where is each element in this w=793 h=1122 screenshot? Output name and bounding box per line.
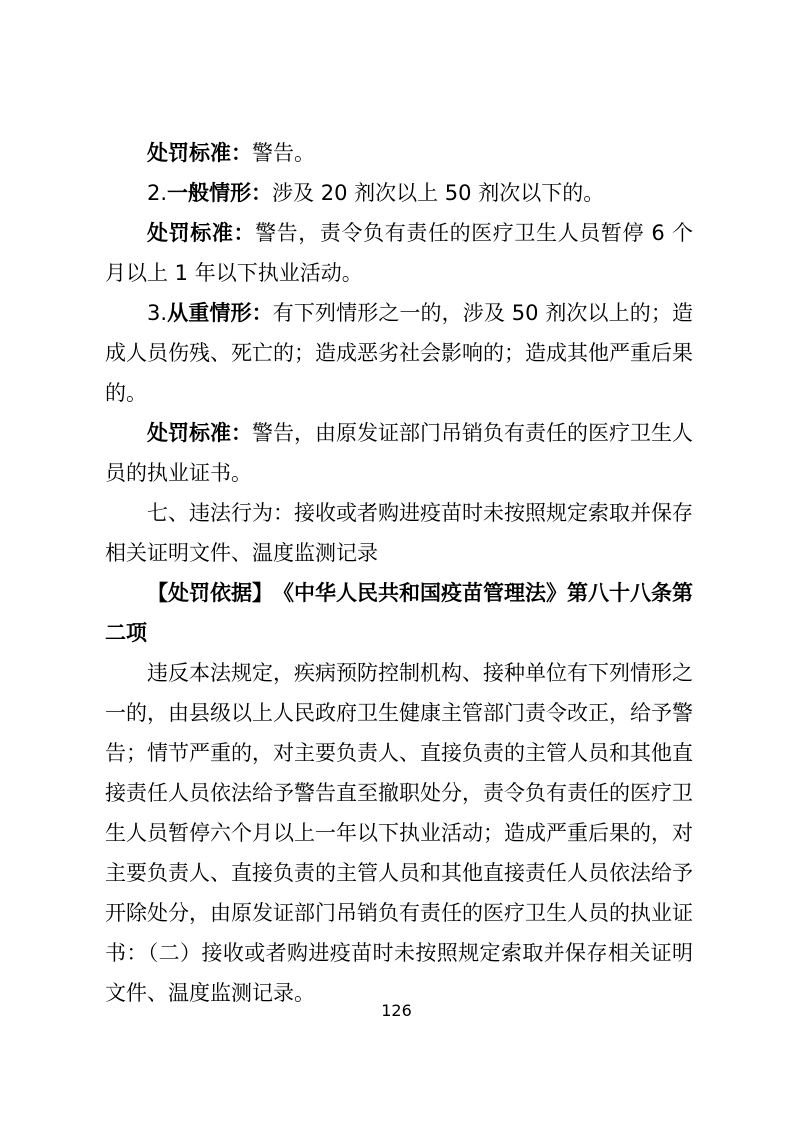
text-run-bold: 处罚标准： [147,141,252,165]
text-run: 七、违法行为：接收或者购进疫苗时未按照规定索取并保存相关证明文件、温度监测记录 [105,501,693,565]
paragraph: 处罚标准：警告，由原发证部门吊销负有责任的医疗卫生人员的执业证书。 [105,413,693,493]
paragraph: 3.从重情形：有下列情形之一的，涉及 50 剂次以上的；造成人员伤残、死亡的；造… [105,293,693,413]
paragraph: 2.一般情形：涉及 20 剂次以上 50 剂次以下的。 [105,173,693,213]
page-number: 126 [381,1001,412,1020]
text-run-bold: 【处罚依据】 《中华人民共和国疫苗管理法》第八十八条第二项 [105,581,693,645]
paragraph: 处罚标准：警告，责令负有责任的医疗卫生人员暂停 6 个月以上 1 年以下执业活动… [105,213,693,293]
text-run-bold: 处罚标准： [147,421,252,445]
text-run: 违反本法规定，疾病预防控制机构、接种单位有下列情形之一的，由县级以上人民政府卫生… [105,661,693,1005]
text-run: 3. [147,301,167,325]
text-run: 2. [147,181,167,205]
paragraph: 违反本法规定，疾病预防控制机构、接种单位有下列情形之一的，由县级以上人民政府卫生… [105,653,693,1013]
text-run-bold: 处罚标准： [147,221,255,245]
text-run: 警告。 [252,141,315,165]
text-run-bold: 一般情形： [167,181,272,205]
paragraph: 【处罚依据】 《中华人民共和国疫苗管理法》第八十八条第二项 [105,573,693,653]
paragraph: 七、违法行为：接收或者购进疫苗时未按照规定索取并保存相关证明文件、温度监测记录 [105,493,693,573]
page-footer: 126 [0,1000,793,1022]
text-run-bold: 从重情形： [167,301,273,325]
text-run: 涉及 20 剂次以上 50 剂次以下的。 [272,181,604,205]
document-body: 处罚标准：警告。2.一般情形：涉及 20 剂次以上 50 剂次以下的。处罚标准：… [105,133,693,1013]
document-page: 处罚标准：警告。2.一般情形：涉及 20 剂次以上 50 剂次以下的。处罚标准：… [0,0,793,1122]
paragraph: 处罚标准：警告。 [105,133,693,173]
